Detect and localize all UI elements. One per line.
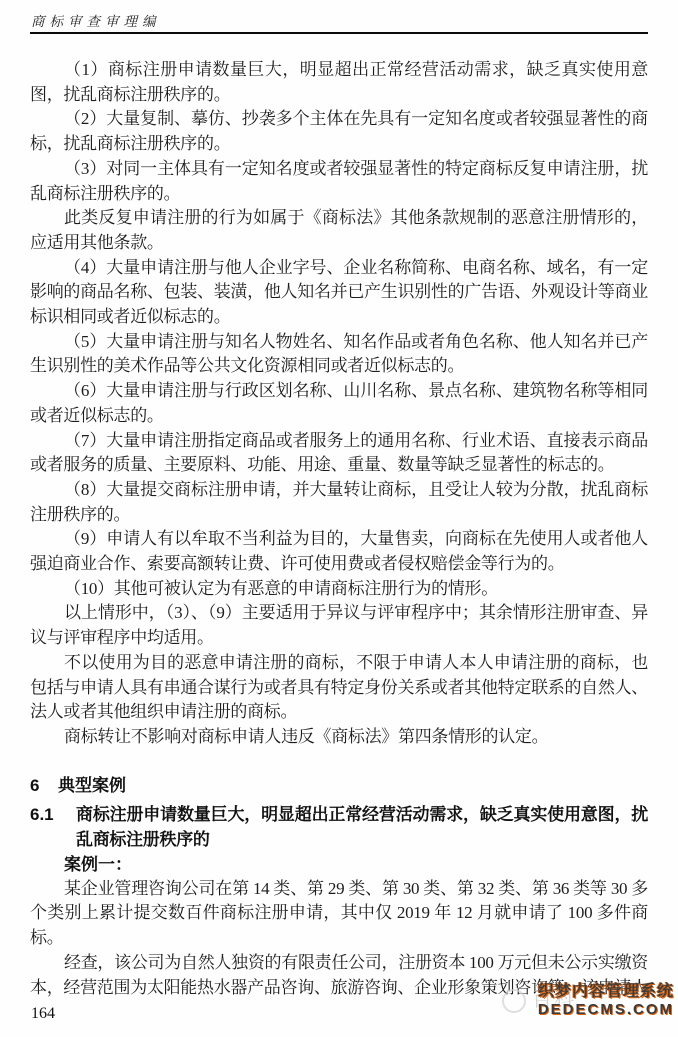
page-number: 164 (31, 1005, 55, 1023)
paragraph: （4）大量申请注册与他人企业字号、企业名称简称、电商名称、域名，有一定影响的商品… (30, 256, 648, 330)
watermark-domain: DEDECMS.COM (484, 1002, 674, 1019)
paragraph: 以上情形中，（3）、（9）主要适用于异议与评审程序中；其余情形注册审查、异议与评… (30, 601, 648, 650)
paragraph: （8）大量提交商标注册申请，并大量转让商标，且受让人较为分散，扰乱商标注册秩序的… (30, 478, 648, 527)
running-header-title: 商标审查审理编 (31, 14, 161, 29)
paragraph: （6）大量申请注册与行政区划名称、山川名称、景点名称、建筑物名称等相同或者近似标… (30, 379, 648, 428)
case-paragraph: 某企业管理咨询公司在第 14 类、第 29 类、第 30 类、第 32 类、第 … (30, 877, 648, 951)
paragraph: 商标转让不影响对商标申请人违反《商标法》第四条情形的认定。 (30, 725, 648, 750)
case-label: 案例一： (30, 852, 648, 877)
paragraph: （7）大量申请注册指定商品或者服务上的通用名称、行业术语、直接表示商品或者服务的… (30, 429, 648, 478)
section-heading: 6典型案例 (30, 773, 648, 799)
paragraph: （1）商标注册申请数量巨大，明显超出正常经营活动需求，缺乏真实使用意图，扰乱商标… (30, 58, 648, 107)
paragraph: （10）其他可被认定为有恶意的申请商标注册行为的情形。 (30, 577, 648, 602)
paragraph: （2）大量复制、摹仿、抄袭多个主体在先具有一定知名度或者较强显著性的商标，扰乱商… (30, 107, 648, 156)
dedecms-watermark: 百科 织梦内容管理系统 DEDECMS.COM (484, 983, 674, 1035)
running-header: 商标审查审理编 (31, 10, 648, 30)
page-content: （1）商标注册申请数量巨大，明显超出正常经营活动需求，缺乏真实使用意图，扰乱商标… (30, 58, 648, 1000)
section-number: 6 (30, 773, 58, 799)
header-rule (30, 32, 648, 34)
subsection-number: 6.1 (30, 802, 76, 852)
watermark-title: 织梦内容管理系统 (484, 983, 674, 1001)
paragraph: 不以使用为目的恶意申请注册的商标，不限于申请人本人申请注册的商标，也包括与申请人… (30, 651, 648, 725)
subsection-title: 商标注册申请数量巨大，明显超出正常经营活动需求，缺乏真实使用意图，扰乱商标注册秩… (76, 802, 648, 852)
paragraph: 此类反复申请注册的行为如属于《商标法》其他条款规制的恶意注册情形的，应适用其他条… (30, 206, 648, 255)
section-title: 典型案例 (58, 776, 126, 795)
paragraph: （9）申请人有以牟取不当利益为目的，大量售卖，向商标在先使用人或者他人强迫商业合… (30, 527, 648, 576)
document-page: 商标审查审理编 （1）商标注册申请数量巨大，明显超出正常经营活动需求，缺乏真实使… (0, 0, 678, 1037)
subsection-heading: 6.1 商标注册申请数量巨大，明显超出正常经营活动需求，缺乏真实使用意图，扰乱商… (30, 802, 648, 852)
paragraph: （3）对同一主体具有一定知名度或者较强显著性的特定商标反复申请注册，扰乱商标注册… (30, 157, 648, 206)
paragraph: （5）大量申请注册与知名人物姓名、知名作品或者角色名称、他人知名并已产生识别性的… (30, 330, 648, 379)
